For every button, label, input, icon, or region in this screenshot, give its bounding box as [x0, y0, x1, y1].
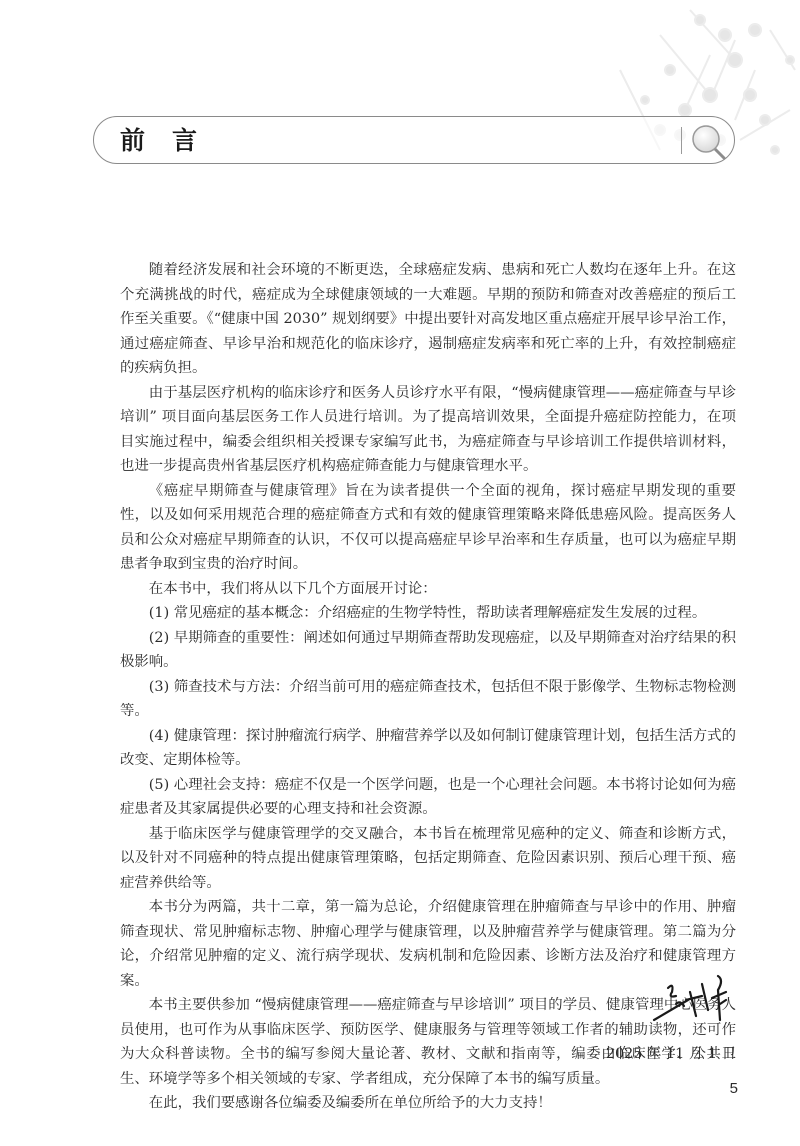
date-line: 2025 年 11 月 1 日 [606, 1042, 736, 1063]
paragraph: 在本书中，我们将从以下几个方面展开讨论： [120, 577, 736, 602]
preface-body: 随着经济发展和社会环境的不断更迭，全球癌症发病、患病和死亡人数均在逐年上升。在这… [120, 258, 736, 1116]
title-divider [681, 127, 682, 154]
page-title: 前言 [120, 121, 224, 161]
list-item: (2) 早期筛查的重要性：阐述如何通过早期筛查帮助发现癌症，以及早期筛查对治疗结… [120, 626, 736, 675]
magnifier-icon [688, 122, 732, 162]
paragraph: 《癌症早期筛查与健康管理》旨在为读者提供一个全面的视角，探讨癌症早期发现的重要性… [120, 479, 736, 577]
paragraph: 随着经济发展和社会环境的不断更迭，全球癌症发病、患病和死亡人数均在逐年上升。在这… [120, 258, 736, 381]
list-item: (5) 心理社会支持：癌症不仅是一个医学问题，也是一个心理社会问题。本书将讨论如… [120, 773, 736, 822]
paragraph: 基于临床医学与健康管理学的交叉融合，本书旨在梳理常见癌种的定义、筛查和诊断方式，… [120, 822, 736, 896]
page-number: 5 [730, 1080, 738, 1097]
paragraph: 本书分为两篇，共十二章，第一篇为总论，介绍健康管理在肿瘤筛查与早诊中的作用、肿瘤… [120, 895, 736, 993]
list-item: (1) 常见癌症的基本概念：介绍癌症的生物学特性，帮助读者理解癌症发生发展的过程… [120, 601, 736, 626]
paragraph: 由于基层医疗机构的临床诊疗和医务人员诊疗水平有限，“慢病健康管理——癌症筛查与早… [120, 381, 736, 479]
list-item: (4) 健康管理：探讨肿瘤流行病学、肿瘤营养学以及如何制订健康管理计划，包括生活… [120, 724, 736, 773]
list-item: (3) 筛查技术与方法：介绍当前可用的癌症筛查技术，包括但不限于影像学、生物标志… [120, 675, 736, 724]
paragraph: 在此，我们要感谢各位编委及编委所在单位所给予的大力支持！ [120, 1091, 736, 1116]
handwritten-signature [650, 970, 730, 1030]
dna-helix-decoration [560, 0, 800, 200]
